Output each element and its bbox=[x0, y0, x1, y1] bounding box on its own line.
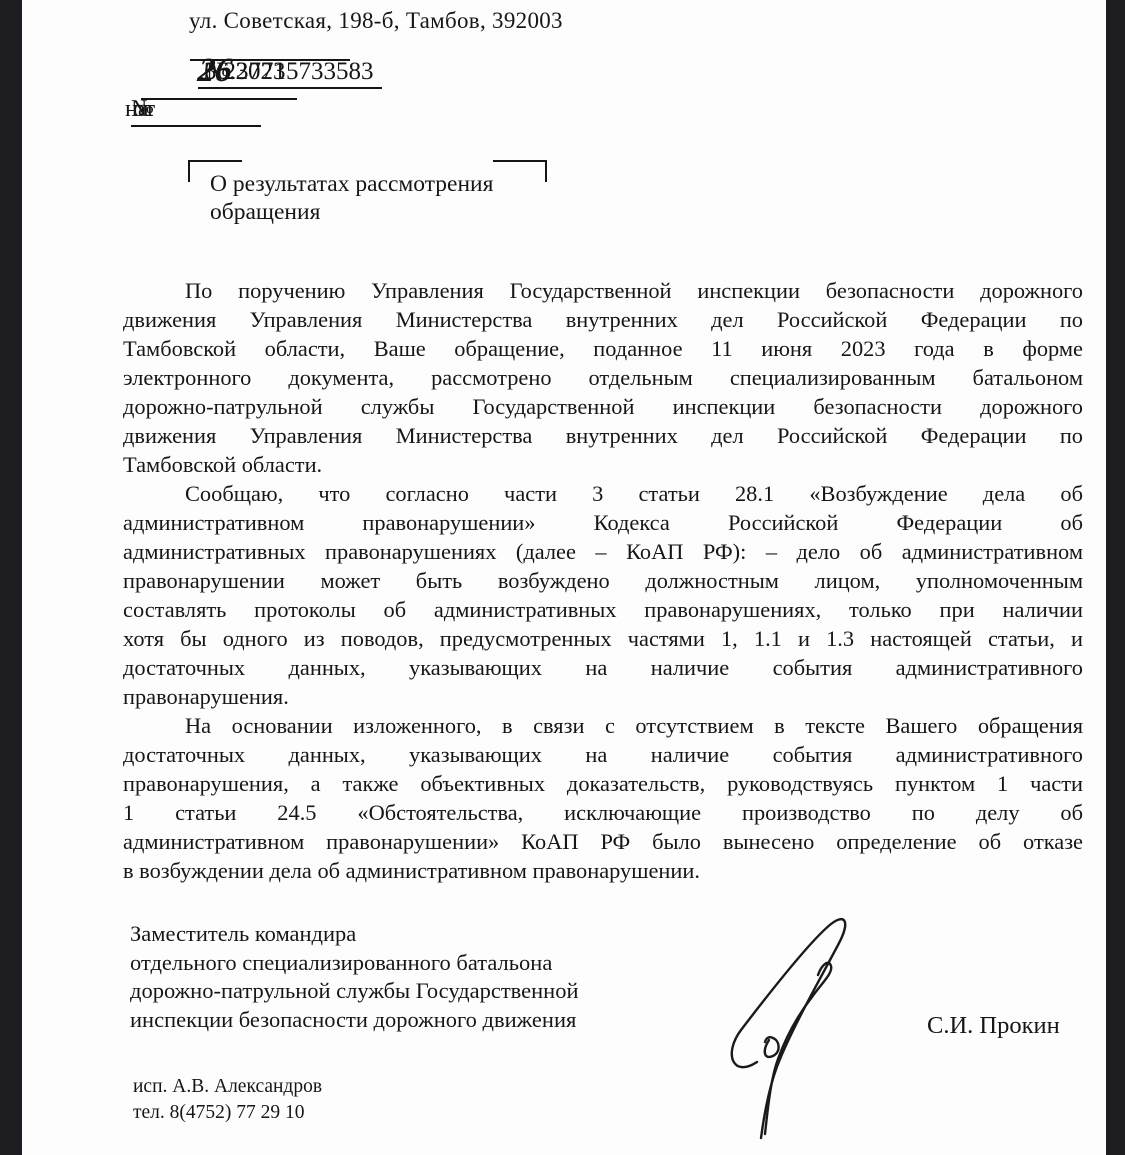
signer-name: С.И. Прокин bbox=[927, 1012, 1060, 1040]
signer-position-line: инспекции безопасности дорожного движени… bbox=[130, 1006, 579, 1035]
body-line: хотя бы одного из поводов, предусмотренн… bbox=[123, 624, 1083, 653]
letter-body: По поручению Управления Государственной … bbox=[123, 276, 1083, 885]
dark-margin-left bbox=[0, 0, 22, 1155]
handwritten-signature bbox=[717, 912, 889, 1150]
screenshot-root: ул. Советская, 198-б, Тамбов, 392003 26.… bbox=[0, 0, 1125, 1155]
body-line: По поручению Управления Государственной … bbox=[123, 276, 1083, 305]
reply-date-blank bbox=[141, 96, 297, 100]
body-line: правонарушения. bbox=[123, 682, 1083, 711]
body-line: в возбуждении дела об административном п… bbox=[123, 856, 1083, 885]
signer-position-line: отдельного специализированного батальона bbox=[130, 949, 579, 978]
signer-position-line: Заместитель командира bbox=[130, 920, 579, 949]
body-line: административных правонарушениях (далее … bbox=[123, 537, 1083, 566]
body-line: административном правонарушении» Кодекса… bbox=[123, 508, 1083, 537]
body-line: достаточных данных, указывающих на налич… bbox=[123, 740, 1083, 769]
signer-position-line: дорожно-патрульной службы Государственно… bbox=[130, 977, 579, 1006]
body-line: правонарушения, а также объективных дока… bbox=[123, 769, 1083, 798]
body-line: достаточных данных, указывающих на налич… bbox=[123, 653, 1083, 682]
body-line: На основании изложенного, в связи с отсу… bbox=[123, 711, 1083, 740]
reply-ot-label: от bbox=[133, 96, 155, 123]
signer-position-block: Заместитель командираотдельного специали… bbox=[130, 920, 579, 1034]
outgoing-number: 3/237715733583 bbox=[198, 58, 382, 89]
executor-line: исп. А.В. Александров bbox=[133, 1076, 322, 1098]
body-line: составлять протоколы об административных… bbox=[123, 595, 1083, 624]
body-line: Сообщаю, что согласно части 3 статьи 28.… bbox=[123, 479, 1083, 508]
body-line: движения Управления Министерства внутрен… bbox=[123, 305, 1083, 334]
subject-line: О результатах рассмотрения обращения bbox=[210, 170, 530, 226]
sender-address: ул. Советская, 198-б, Тамбов, 392003 bbox=[189, 8, 563, 34]
body-line: Тамбовской области. bbox=[123, 450, 1083, 479]
body-line: 1 статьи 24.5 «Обстоятельства, исключающ… bbox=[123, 798, 1083, 827]
body-line: административном правонарушении» КоАП РФ… bbox=[123, 827, 1083, 856]
body-line: правонарушении может быть возбуждено дол… bbox=[123, 566, 1083, 595]
body-line: Тамбовской области, Ваше обращение, пода… bbox=[123, 334, 1083, 363]
body-line: дорожно-патрульной службы Государственно… bbox=[123, 392, 1083, 421]
body-line: электронного документа, рассмотрено отде… bbox=[123, 363, 1083, 392]
dark-margin-right bbox=[1106, 0, 1125, 1155]
body-line: движения Управления Министерства внутрен… bbox=[123, 421, 1083, 450]
phone-line: тел. 8(4752) 77 29 10 bbox=[133, 1102, 305, 1124]
document-page: ул. Советская, 198-б, Тамбов, 392003 26.… bbox=[22, 0, 1106, 1155]
